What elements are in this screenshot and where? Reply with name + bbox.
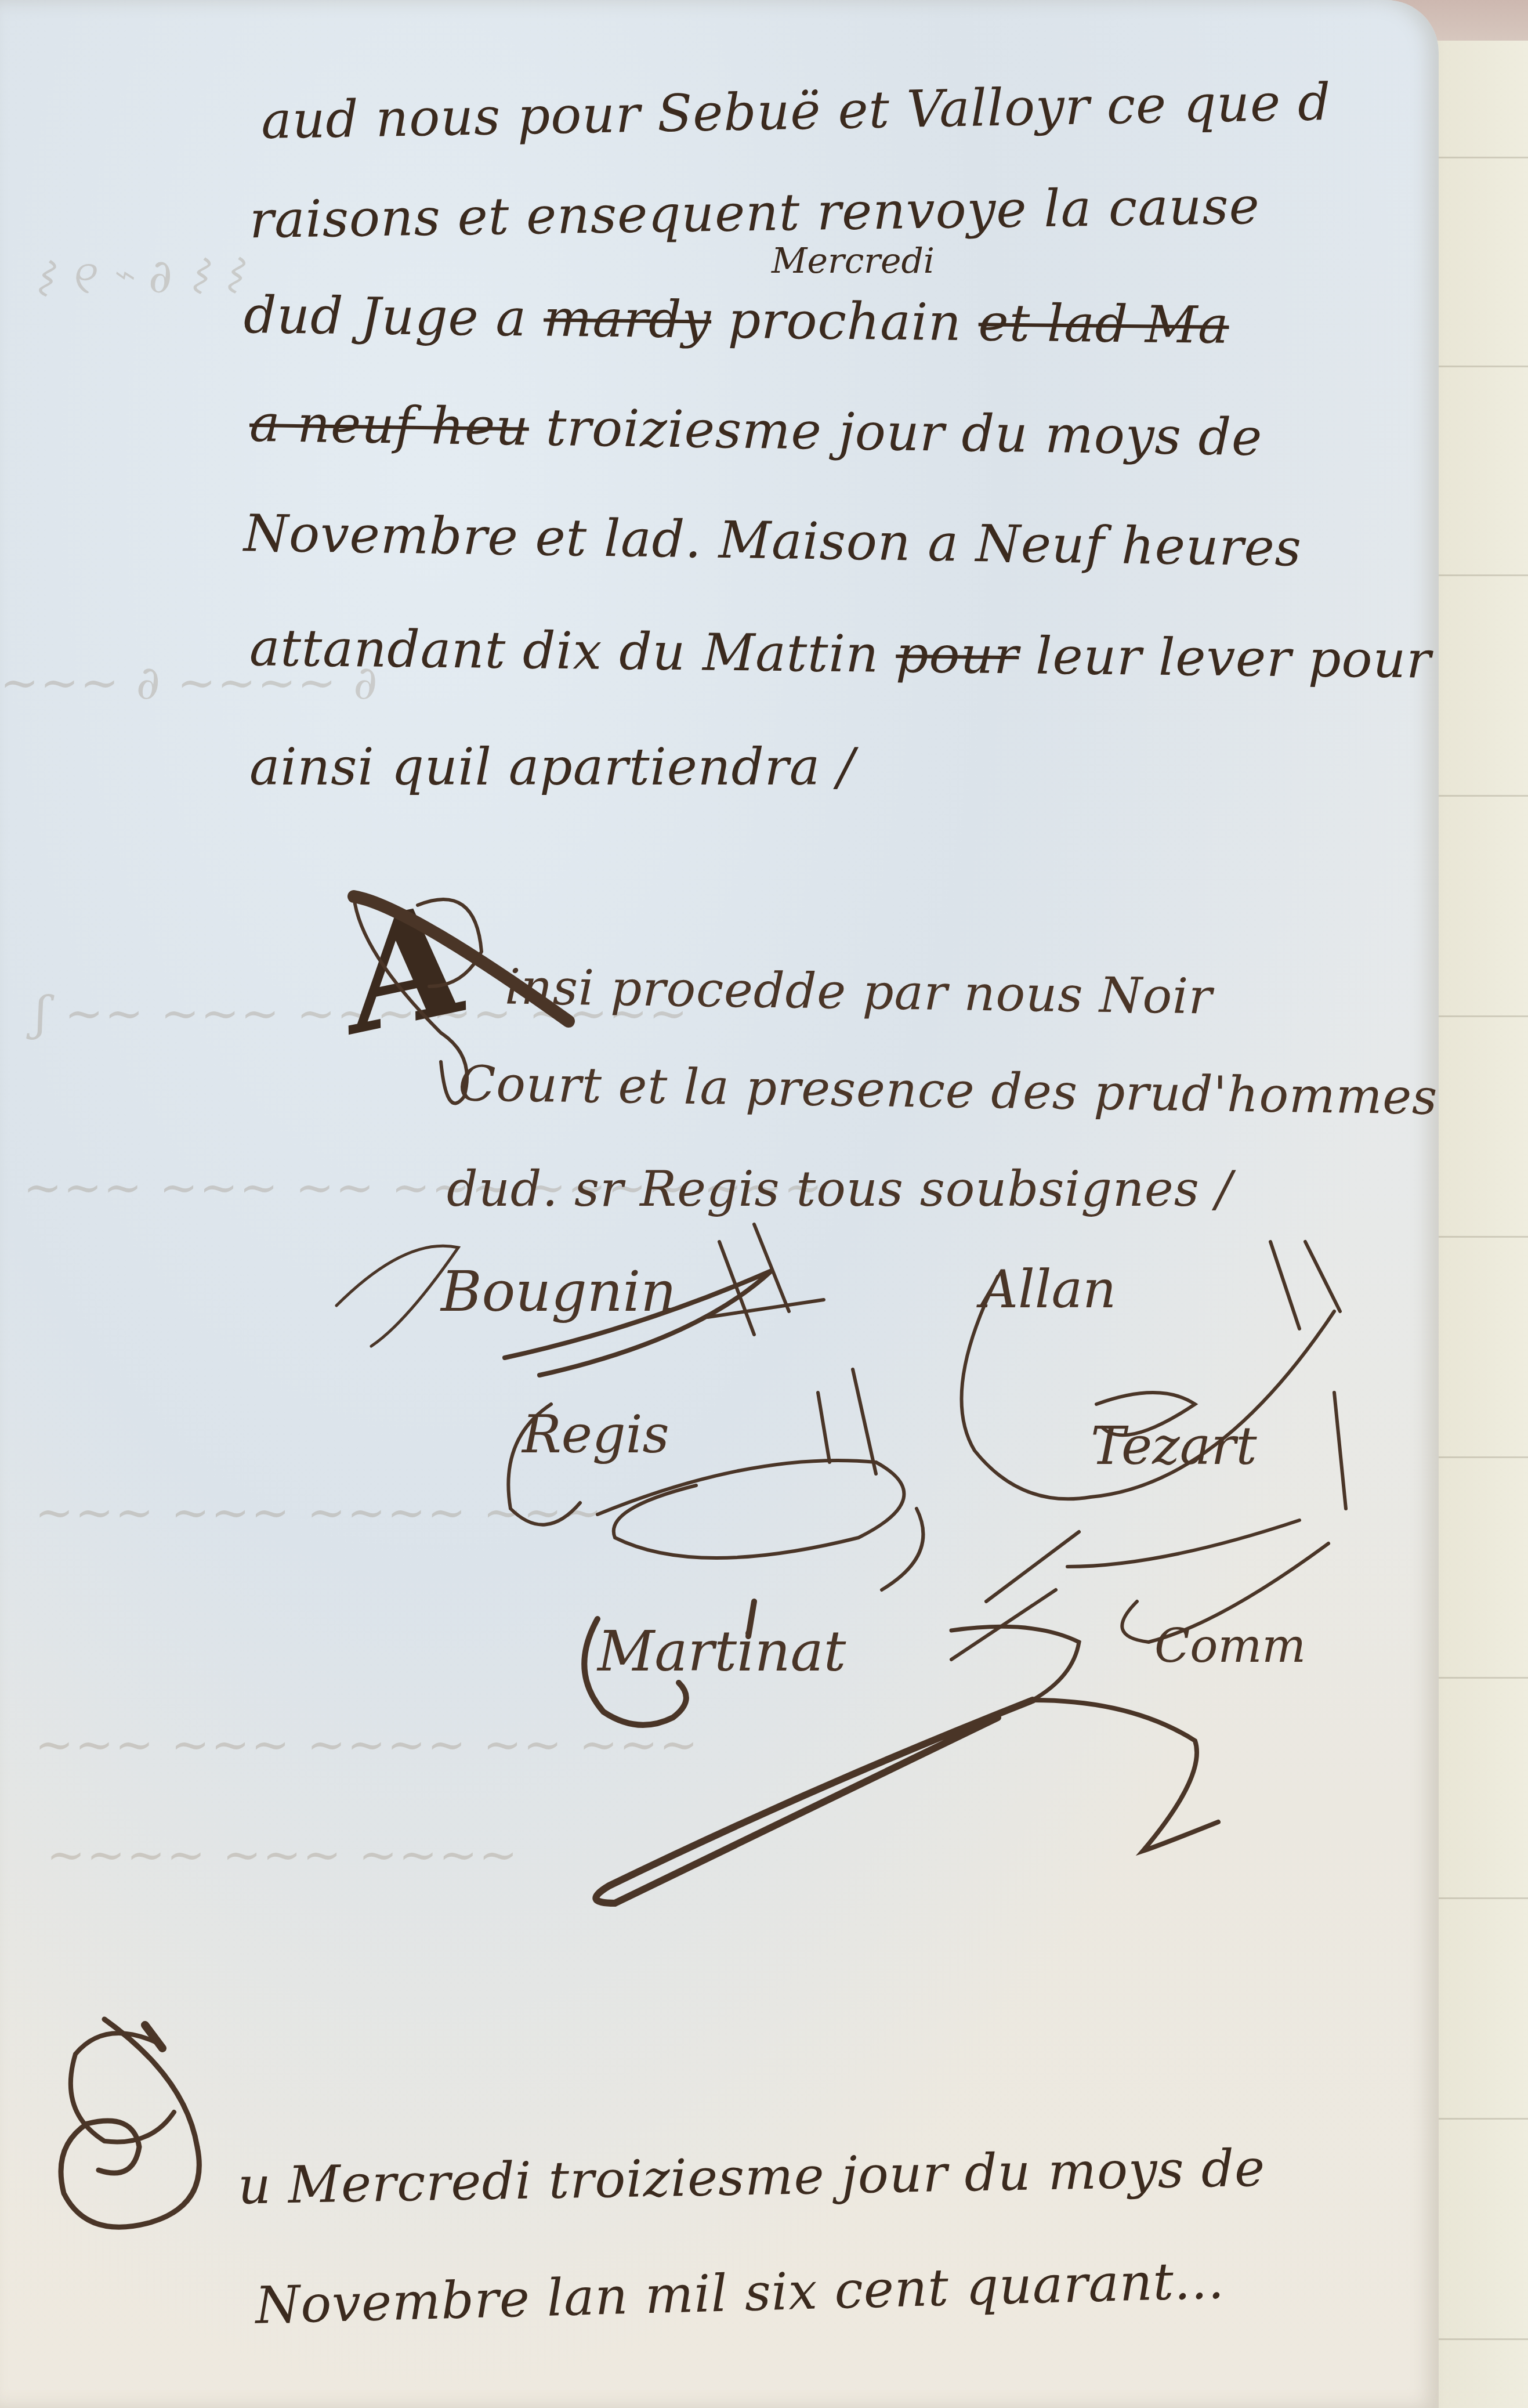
signature-flourishes — [0, 0, 1439, 2408]
manuscript-page: ⌇ ୧ ⌁ ∂ ⌇ ⌇ ~~~ ∂ ~~~~ ∂ ʃ ~~ ~~~ ~~~ ~~… — [0, 0, 1439, 2408]
